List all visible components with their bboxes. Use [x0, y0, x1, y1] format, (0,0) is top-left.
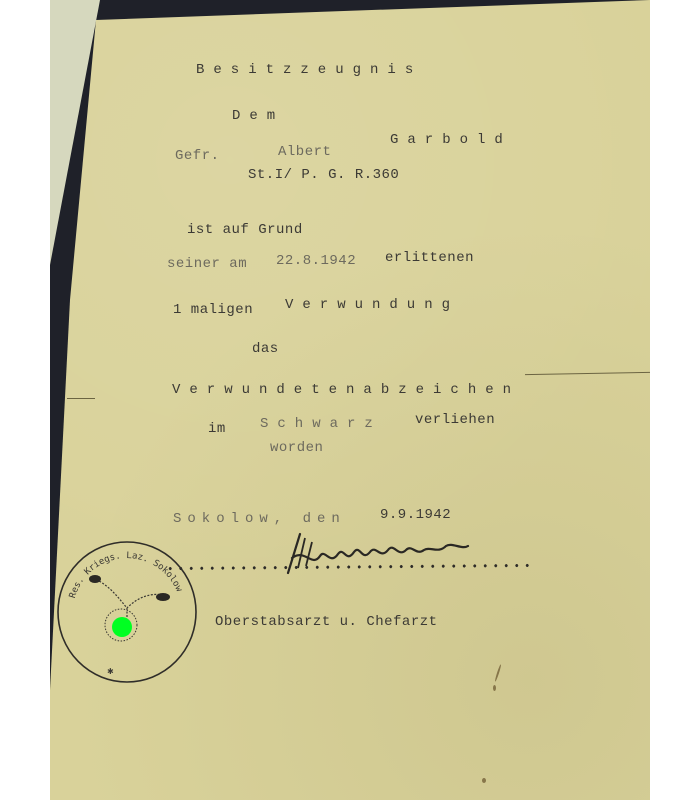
- document-title: Besitzzeugnis: [196, 62, 422, 78]
- issue-date: 9.9.1942: [380, 507, 451, 523]
- svg-text:✱: ✱: [107, 667, 114, 676]
- award-grade: Schwarz: [260, 416, 382, 432]
- marker-dot: [112, 617, 132, 637]
- svg-text:Res. Kriegs. Laz. Sokolow: Res. Kriegs. Laz. Sokolow: [68, 551, 184, 600]
- text-line-2-prefix: seiner am: [167, 256, 247, 272]
- unit: St.I/ P. G. R.360: [248, 167, 399, 183]
- signatory-title: Oberstabsarzt u. Chefarzt: [215, 614, 438, 630]
- text-line-3-count: 1 maligen: [173, 302, 253, 318]
- stain-mark: [482, 778, 486, 783]
- first-name: Albert: [278, 144, 331, 160]
- text-line-6-prefix: im: [208, 421, 226, 437]
- fold-crease-left: [67, 398, 95, 399]
- text-line-7: worden: [270, 440, 323, 456]
- last-name: Garbold: [390, 132, 512, 148]
- text-line-2-suffix: erlittenen: [385, 250, 474, 266]
- stain-mark: [493, 685, 496, 691]
- wound-date: 22.8.1942: [276, 253, 356, 269]
- signature: [230, 528, 480, 578]
- text-line-6-suffix: verliehen: [415, 412, 495, 428]
- place-date-prefix: Sokolow, den: [173, 511, 346, 527]
- salutation: Dem: [232, 108, 284, 124]
- text-line-3-word: Verwundung: [285, 297, 459, 313]
- text-line-4: das: [252, 341, 279, 357]
- official-stamp: Res. Kriegs. Laz. Sokolow ✱: [55, 540, 200, 685]
- rank: Gefr.: [175, 148, 220, 164]
- text-line-1: ist auf Grund: [187, 222, 303, 238]
- award-name: Verwundetenabzeichen: [172, 382, 520, 398]
